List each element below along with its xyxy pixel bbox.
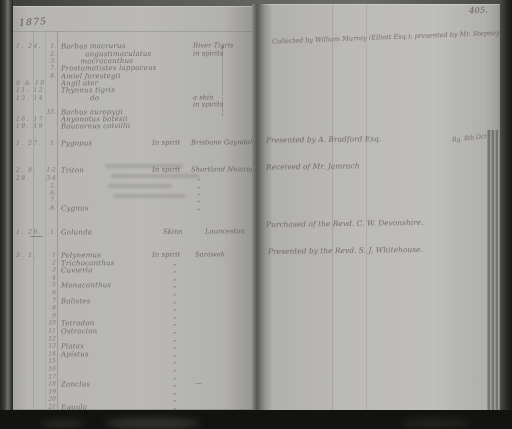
specimen-number: 20 bbox=[42, 396, 56, 403]
locality: — bbox=[195, 380, 202, 388]
species-name: Ostracion bbox=[61, 327, 97, 335]
preservation: In spirit bbox=[152, 251, 180, 259]
ditto-mark: „ bbox=[173, 395, 177, 403]
column-rule bbox=[332, 4, 333, 418]
species-name: Zanclus bbox=[61, 380, 90, 388]
specimen-number: 8 bbox=[42, 305, 56, 312]
book-gutter bbox=[252, 4, 263, 412]
page-edge-stack bbox=[487, 130, 501, 418]
ditto-mark: „ bbox=[173, 266, 177, 274]
acquisition-note: Received of Mr. Jamrach bbox=[266, 161, 360, 171]
specimen-number: 15 bbox=[42, 358, 56, 365]
acquisition-note: Presented by A. Bradford Esq. bbox=[266, 134, 381, 145]
specimen-number: 16 bbox=[42, 366, 56, 373]
acquisition-note-text: Presented by the Revd. S. J. Whitehouse. bbox=[268, 245, 423, 256]
ditto-mark: „ bbox=[173, 289, 177, 297]
acquisition-note-text: Purchased of the Revd. C. W. Devonshire. bbox=[266, 218, 424, 229]
locality: Sarawak bbox=[195, 250, 225, 258]
species-name: Tetrodon bbox=[61, 319, 95, 327]
acquisition-note-text: Presented by A. Bradford Esq. bbox=[266, 134, 381, 145]
register-left-page: 1875 1. 24. 1. Barbus macrurus River Tig… bbox=[13, 6, 252, 410]
acquisition-note-text: Collected by William Murray (Elliott Esq… bbox=[272, 28, 512, 45]
table-highlight bbox=[400, 419, 470, 428]
ditto-mark: „ bbox=[173, 365, 177, 373]
specimen-number: 5 bbox=[42, 282, 56, 289]
ditto-mark: „ bbox=[173, 342, 177, 350]
ditto-mark: „ bbox=[173, 281, 177, 289]
acquisition-note: Presented by the Revd. S. J. Whitehouse. bbox=[268, 245, 423, 256]
specimen-number: 18 bbox=[42, 381, 56, 388]
register-right-page: 405. Rg. 8th Oct. Collected by William M… bbox=[263, 4, 500, 418]
entry-date: 3. 1. bbox=[16, 252, 37, 259]
ditto-mark: „ bbox=[173, 327, 177, 335]
species-name: Cuvieria bbox=[61, 266, 93, 274]
ditto-mark: „ bbox=[173, 319, 177, 327]
margin-note: Rg. 8th Oct. bbox=[452, 133, 489, 144]
specimen-number: 10 bbox=[42, 320, 56, 327]
specimen-number: 3 bbox=[42, 267, 56, 274]
ditto-mark: „ bbox=[173, 304, 177, 312]
table-highlight bbox=[40, 420, 85, 428]
specimen-number: 13 bbox=[42, 343, 56, 350]
column-rule bbox=[366, 4, 367, 418]
ditto-mark: „ bbox=[173, 357, 177, 365]
register-section-5: 3. 1. 1 Polynemus In spirit Sarawak 2 Tr… bbox=[13, 6, 252, 410]
ditto-mark: „ bbox=[173, 380, 177, 388]
specimen-number: 1 bbox=[42, 252, 56, 259]
scanned-register-photo: 1875 1. 24. 1. Barbus macrurus River Tig… bbox=[0, 0, 512, 429]
species-name: Polynemus bbox=[61, 251, 101, 259]
specimen-number: 6 bbox=[42, 290, 56, 297]
species-name: Platax bbox=[61, 342, 84, 350]
acquisition-note: Collected by William Murray (Elliott Esq… bbox=[272, 28, 512, 45]
book-cover-left-edge bbox=[0, 0, 13, 429]
specimen-number: 11 bbox=[42, 328, 56, 335]
acquisition-note: Purchased of the Revd. C. W. Devonshire. bbox=[266, 218, 424, 229]
folio-number: 405. bbox=[469, 6, 488, 17]
acquisition-note-text: Received of Mr. Jamrach bbox=[266, 161, 360, 171]
book-cover-right-edge bbox=[500, 0, 512, 429]
table-highlight bbox=[105, 418, 200, 429]
